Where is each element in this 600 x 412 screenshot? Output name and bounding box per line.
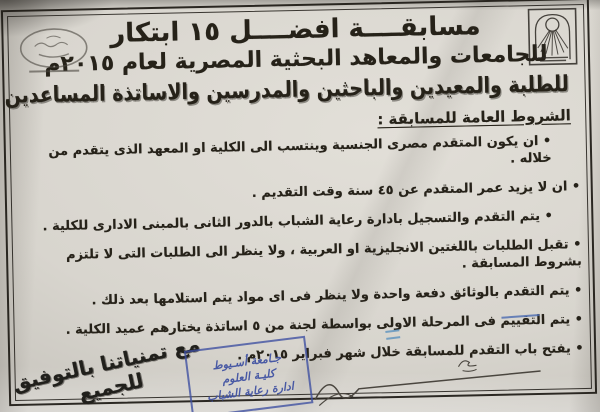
condition-item: • ان يكون المتقدم مصرى الجنسية وينتسب ال…	[10, 131, 586, 177]
condition-item: • تقبل الطلبات باللغتين الانجليزية او ال…	[12, 235, 588, 281]
conditions-list: • ان يكون المتقدم مصرى الجنسية وينتسب ال…	[10, 131, 590, 368]
poster-inner-frame: مسابقــــة افضــــل ١٥ ابتكار للجامعات و…	[7, 4, 592, 401]
condition-item: • ان لا يزيد عمر المتقدم عن ٤٥ سنة وقت ا…	[11, 177, 586, 206]
faculty-seal-icon	[16, 23, 91, 83]
university-emblem-icon	[526, 7, 577, 66]
scanned-paper: مسابقــــة افضــــل ١٥ ابتكار للجامعات و…	[0, 0, 600, 412]
condition-item: • يتم التقدم والتسجيل بادارة رعاية الشبا…	[12, 206, 587, 235]
pen-check-mark	[385, 329, 400, 340]
condition-item: • يتم التقدم بالوثائق دفعة واحدة ولا ينظ…	[13, 281, 588, 310]
signature-icon	[310, 348, 551, 409]
poster-frame: مسابقــــة افضــــل ١٥ ابتكار للجامعات و…	[1, 0, 597, 406]
